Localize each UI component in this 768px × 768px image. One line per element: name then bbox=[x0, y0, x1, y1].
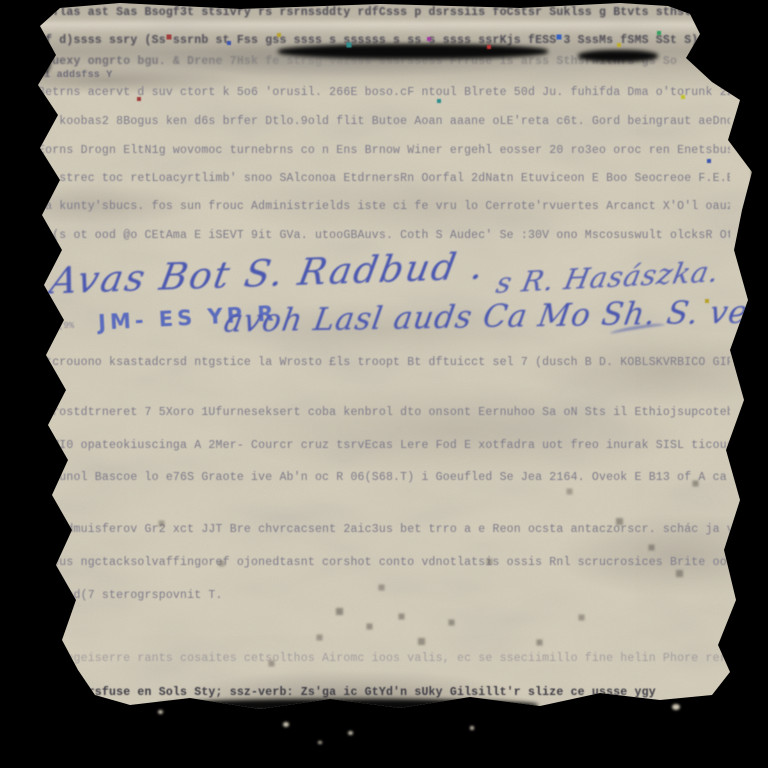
typed-line-torn: zy Xavarsfuse en Sols Sty; ssz-verb: Zs'… bbox=[38, 686, 730, 699]
typed-line: so koobas2 8Bogus ken d6s brfer Dtlo.9ol… bbox=[38, 115, 730, 128]
signature-secondary: s R. Hasászka. bbox=[493, 255, 722, 299]
ink-blot bbox=[278, 44, 548, 59]
signature-countersign: avoh Lasl auds Ca Mo Sh. S. ve bbox=[221, 294, 750, 339]
paper-speck bbox=[283, 722, 289, 727]
typed-line: St strec toc retLoacyrtlimb' snoo SAlcon… bbox=[38, 172, 730, 185]
scan-noise-dots bbox=[18, 0, 20, 2]
paper-speck bbox=[348, 731, 353, 735]
edge-tear-blot bbox=[38, 610, 60, 624]
typed-line: cssted(7 sterogrspovnit T. bbox=[38, 589, 730, 602]
typed-line: 4 Tlas ast Sas Bsogf3t stsivry rs rsrnss… bbox=[38, 6, 730, 19]
edge-tear-blot bbox=[28, 446, 56, 464]
document-content: 4 Tlas ast Sas Bsogf3t stsivry rs rsrnss… bbox=[18, 0, 752, 712]
typed-line: Eurostdtrneret 7 5Xoro 1Ufurneseksert co… bbox=[38, 406, 730, 419]
typed-line: Atcrouono ksastadcrsd ntgstice la Wrosto… bbox=[38, 356, 730, 369]
typed-line: 32MI0 opateokiuscinga A 2Mer- Courcr cru… bbox=[38, 439, 730, 452]
typed-line: Toordmuisferov Gr2 xct JJT Bre chvrcacse… bbox=[38, 523, 730, 536]
typed-line-fragment: 41 addsfss Y bbox=[38, 70, 730, 81]
signature-primary: Avas Bot S. Radbud . bbox=[47, 244, 489, 302]
paper-speckles bbox=[18, 0, 21, 3]
scan-background: 4 Tlas ast Sas Bsogf3t stsivry rs rsrnss… bbox=[0, 0, 768, 768]
paper-speck bbox=[318, 741, 322, 744]
edge-tear-blot bbox=[32, 543, 56, 559]
typed-line: 3a kunty'sbucs. fos sun frouc Administri… bbox=[38, 200, 730, 213]
typed-line: urgunol Bascoe lo e76S Graote ive Ab'n o… bbox=[38, 471, 730, 484]
typed-line: Ca regeiserre rants cosaites cetsolthos … bbox=[38, 652, 730, 665]
ink-blot bbox=[578, 50, 658, 62]
typed-line: Eorns Drogn EltN1g wovomoc turnebrns co … bbox=[38, 144, 730, 157]
paper-speck bbox=[470, 726, 474, 730]
typed-line: ah(s ot ood @o CEtAma E iSEVT 9it GVa. u… bbox=[38, 229, 730, 242]
paper-speck bbox=[672, 704, 680, 710]
bottom-tear-shadow bbox=[158, 699, 538, 712]
typed-line: Czeus ngctacksolvaffingoref ojonedtasnt … bbox=[38, 556, 730, 569]
typed-line: Betrns acervt d suv ctort k 5o6 'orusil.… bbox=[38, 86, 730, 99]
edge-tear-blot bbox=[18, 50, 50, 76]
paper-speck bbox=[158, 710, 163, 714]
annotation-small: (9% bbox=[58, 321, 74, 331]
